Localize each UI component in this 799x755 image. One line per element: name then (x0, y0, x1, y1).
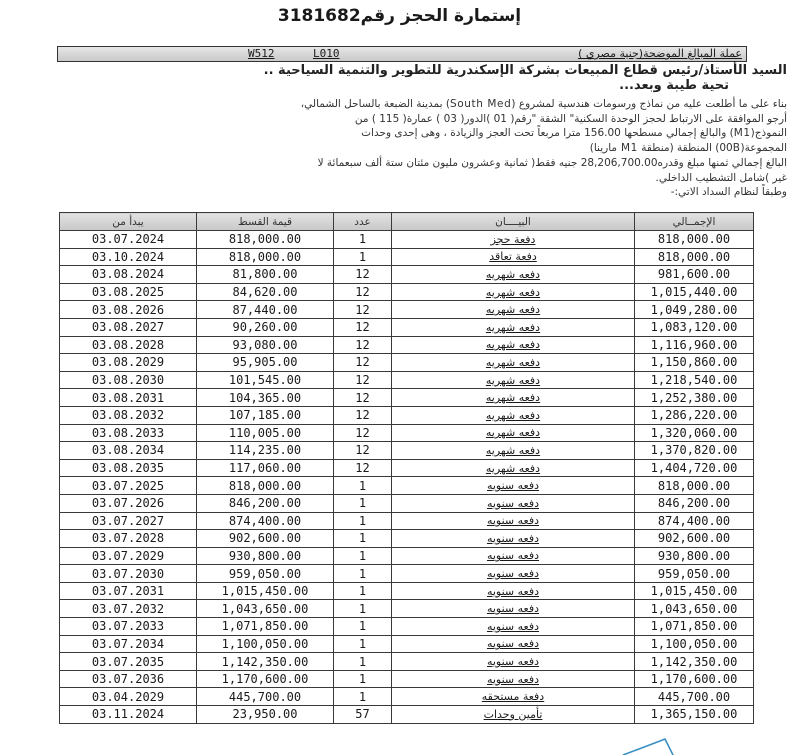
table-row: 03.07.20321,043,650.001دفعه سنويه1,043,6… (60, 600, 754, 618)
cell-description: دفعه سنويه (392, 547, 635, 565)
form-title: إستمارة الحجز رقم3181682 (0, 6, 799, 26)
table-row: 03.08.2034114,235.0012دفعه شهريه1,370,82… (60, 442, 754, 460)
cell-description: دفعه سنويه (392, 618, 635, 636)
cell-description: دفعه شهريه (392, 406, 635, 424)
cell-installment: 818,000.00 (197, 231, 334, 249)
cell-description: دفعه سنويه (392, 600, 635, 618)
table-row: 03.07.2024818,000.001دفعة حجز818,000.00 (60, 231, 754, 249)
cell-total: 818,000.00 (635, 231, 754, 249)
cell-description: دفعه شهريه (392, 424, 635, 442)
table-row: 03.08.202584,620.0012دفعه شهريه1,015,440… (60, 283, 754, 301)
cell-total: 1,015,450.00 (635, 582, 754, 600)
cell-installment: 95,905.00 (197, 354, 334, 372)
cell-total: 1,365,150.00 (635, 706, 754, 724)
cell-start-date: 03.11.2024 (60, 706, 197, 724)
cell-count: 1 (334, 565, 392, 583)
cell-total: 1,100,050.00 (635, 635, 754, 653)
table-row: 03.07.2030959,050.001دفعه سنويه959,050.0… (60, 565, 754, 583)
cell-total: 902,600.00 (635, 530, 754, 548)
table-row: 03.07.20331,071,850.001دفعه سنويه1,071,8… (60, 618, 754, 636)
cell-description: دفعه شهريه (392, 283, 635, 301)
cell-start-date: 03.08.2024 (60, 266, 197, 284)
cell-count: 12 (334, 459, 392, 477)
cell-description: دفعه سنويه (392, 635, 635, 653)
cell-start-date: 03.07.2034 (60, 635, 197, 653)
cell-start-date: 03.07.2036 (60, 670, 197, 688)
cell-count: 1 (334, 248, 392, 266)
cell-count: 12 (334, 371, 392, 389)
currency-label: عملة المبالغ الموضحة(جنية مصري ) (578, 47, 742, 61)
cell-start-date: 03.08.2025 (60, 283, 197, 301)
table-row: 03.08.2033110,005.0012دفعه شهريه1,320,06… (60, 424, 754, 442)
greeting-line: تحية طيبة وبعد... (619, 78, 729, 93)
table-row: 03.07.20311,015,450.001دفعه سنويه1,015,4… (60, 582, 754, 600)
cell-count: 1 (334, 547, 392, 565)
cell-count: 1 (334, 530, 392, 548)
cell-installment: 104,365.00 (197, 389, 334, 407)
body-line: أرجو الموافقة على الارتباط لحجز الوحدة ا… (355, 113, 787, 125)
cell-total: 1,320,060.00 (635, 424, 754, 442)
cell-installment: 114,235.00 (197, 442, 334, 460)
table-header-row: يبدأ من قيمة القسط عدد البيــــان الإجمـ… (60, 213, 754, 231)
addressee-line: السيد الأستاذ/رئيس قطاع المبيعات بشركة ا… (264, 63, 787, 78)
cell-total: 959,050.00 (635, 565, 754, 583)
cell-description: دفعة تعاقد (392, 248, 635, 266)
cell-total: 1,049,280.00 (635, 301, 754, 319)
cell-installment: 1,043,650.00 (197, 600, 334, 618)
cell-start-date: 03.10.2024 (60, 248, 197, 266)
header-installment-value: قيمة القسط (197, 213, 334, 231)
cell-start-date: 03.07.2031 (60, 582, 197, 600)
cell-description: دفعه شهريه (392, 371, 635, 389)
cell-installment: 818,000.00 (197, 477, 334, 495)
cell-start-date: 03.07.2030 (60, 565, 197, 583)
cell-description: دفعة مستحقه (392, 688, 635, 706)
cell-total: 1,218,540.00 (635, 371, 754, 389)
table-row: 03.08.2031104,365.0012دفعه شهريه1,252,38… (60, 389, 754, 407)
cell-total: 1,142,350.00 (635, 653, 754, 671)
table-row: 03.04.2029445,700.001دفعة مستحقه445,700.… (60, 688, 754, 706)
cell-description: دفعه شهريه (392, 318, 635, 336)
cell-installment: 93,080.00 (197, 336, 334, 354)
table-row: 03.10.2024818,000.001دفعة تعاقد818,000.0… (60, 248, 754, 266)
currency-code-2: L010 (313, 47, 340, 61)
cell-total: 1,170,600.00 (635, 670, 754, 688)
cell-description: دفعه سنويه (392, 512, 635, 530)
cell-installment: 1,170,600.00 (197, 670, 334, 688)
cell-description: دفعه سنويه (392, 494, 635, 512)
table-row: 03.07.2027874,400.001دفعه سنويه874,400.0… (60, 512, 754, 530)
cell-description: دفعة حجز (392, 231, 635, 249)
cell-description: دفعه سنويه (392, 477, 635, 495)
header-total: الإجمــالي (635, 213, 754, 231)
cell-description: دفعه سنويه (392, 582, 635, 600)
table-row: 03.07.20351,142,350.001دفعه سنويه1,142,3… (60, 653, 754, 671)
cell-count: 12 (334, 336, 392, 354)
table-row: 03.08.2032107,185.0012دفعه شهريه1,286,22… (60, 406, 754, 424)
cell-installment: 87,440.00 (197, 301, 334, 319)
header-description: البيــــان (392, 213, 635, 231)
table-row: 03.08.202687,440.0012دفعه شهريه1,049,280… (60, 301, 754, 319)
cell-count: 12 (334, 318, 392, 336)
cell-installment: 874,400.00 (197, 512, 334, 530)
cell-description: دفعه شهريه (392, 266, 635, 284)
body-line: غير )شامل التشطيب الداخلي. (656, 172, 787, 184)
cell-total: 1,370,820.00 (635, 442, 754, 460)
cell-start-date: 03.08.2029 (60, 354, 197, 372)
cell-count: 12 (334, 389, 392, 407)
cell-total: 1,043,650.00 (635, 600, 754, 618)
cell-total: 846,200.00 (635, 494, 754, 512)
cell-count: 1 (334, 600, 392, 618)
cell-start-date: 03.08.2031 (60, 389, 197, 407)
cell-start-date: 03.07.2024 (60, 231, 197, 249)
table-row: 03.08.2030101,545.0012دفعه شهريه1,218,54… (60, 371, 754, 389)
cell-count: 1 (334, 582, 392, 600)
cell-total: 1,286,220.00 (635, 406, 754, 424)
table-row: 03.08.202893,080.0012دفعه شهريه1,116,960… (60, 336, 754, 354)
cell-total: 1,404,720.00 (635, 459, 754, 477)
cell-count: 12 (334, 301, 392, 319)
cell-installment: 1,100,050.00 (197, 635, 334, 653)
body-line: وطبقاً لنظام السداد الاتي:- (671, 186, 787, 198)
header-start-date: يبدأ من (60, 213, 197, 231)
cell-count: 57 (334, 706, 392, 724)
body-line: المجموعة(00B) المنطقة (منطقة M1 مارينا) (590, 142, 787, 154)
cell-count: 1 (334, 618, 392, 636)
cell-total: 1,116,960.00 (635, 336, 754, 354)
table-row: 03.07.2025818,000.001دفعه سنويه818,000.0… (60, 477, 754, 495)
table-row: 03.07.20341,100,050.001دفعه سنويه1,100,0… (60, 635, 754, 653)
cell-count: 12 (334, 424, 392, 442)
cell-description: تأمين وحدات (392, 706, 635, 724)
cell-start-date: 03.07.2033 (60, 618, 197, 636)
cell-start-date: 03.07.2025 (60, 477, 197, 495)
table-row: 03.08.202790,260.0012دفعه شهريه1,083,120… (60, 318, 754, 336)
cell-start-date: 03.08.2032 (60, 406, 197, 424)
cell-description: دفعه سنويه (392, 565, 635, 583)
header-count: عدد (334, 213, 392, 231)
cell-start-date: 03.08.2027 (60, 318, 197, 336)
cell-description: دفعه سنويه (392, 670, 635, 688)
cell-total: 818,000.00 (635, 248, 754, 266)
cell-total: 1,015,440.00 (635, 283, 754, 301)
cell-installment: 818,000.00 (197, 248, 334, 266)
table-row: 03.07.20361,170,600.001دفعه سنويه1,170,6… (60, 670, 754, 688)
cell-start-date: 03.07.2032 (60, 600, 197, 618)
cell-installment: 1,142,350.00 (197, 653, 334, 671)
cell-installment: 84,620.00 (197, 283, 334, 301)
cell-count: 12 (334, 283, 392, 301)
table-row: 03.07.2029930,800.001دفعه سنويه930,800.0… (60, 547, 754, 565)
cell-total: 1,150,860.00 (635, 354, 754, 372)
cell-total: 1,252,380.00 (635, 389, 754, 407)
cell-installment: 107,185.00 (197, 406, 334, 424)
cell-count: 12 (334, 354, 392, 372)
cell-installment: 1,071,850.00 (197, 618, 334, 636)
table-row: 03.08.202481,800.0012دفعه شهريه981,600.0… (60, 266, 754, 284)
body-line: بناء على ما أطلعت عليه من نماذج ورسومات … (301, 98, 787, 110)
pen-mark-icon (615, 735, 715, 755)
cell-description: دفعه سنويه (392, 653, 635, 671)
cell-count: 12 (334, 266, 392, 284)
cell-count: 12 (334, 406, 392, 424)
cell-start-date: 03.07.2028 (60, 530, 197, 548)
cell-count: 1 (334, 688, 392, 706)
cell-description: دفعه شهريه (392, 301, 635, 319)
cell-installment: 110,005.00 (197, 424, 334, 442)
cell-installment: 90,260.00 (197, 318, 334, 336)
cell-total: 445,700.00 (635, 688, 754, 706)
cell-start-date: 03.07.2029 (60, 547, 197, 565)
body-line: النموذج(M1) والبالغ إجمالي مسطحها 156.00… (361, 127, 787, 139)
payment-schedule-table: يبدأ من قيمة القسط عدد البيــــان الإجمـ… (59, 212, 754, 724)
cell-installment: 959,050.00 (197, 565, 334, 583)
cell-start-date: 03.08.2035 (60, 459, 197, 477)
cell-count: 12 (334, 442, 392, 460)
cell-total: 981,600.00 (635, 266, 754, 284)
cell-start-date: 03.04.2029 (60, 688, 197, 706)
cell-total: 930,800.00 (635, 547, 754, 565)
cell-description: دفعه شهريه (392, 354, 635, 372)
currency-code-1: W512 (248, 47, 275, 61)
cell-total: 1,083,120.00 (635, 318, 754, 336)
cell-start-date: 03.08.2033 (60, 424, 197, 442)
cell-installment: 930,800.00 (197, 547, 334, 565)
cell-installment: 81,800.00 (197, 266, 334, 284)
table-row: 03.08.2035117,060.0012دفعه شهريه1,404,72… (60, 459, 754, 477)
currency-bar: عملة المبالغ الموضحة(جنية مصري ) W512 L0… (57, 46, 747, 62)
cell-start-date: 03.07.2027 (60, 512, 197, 530)
cell-installment: 101,545.00 (197, 371, 334, 389)
cell-count: 1 (334, 494, 392, 512)
cell-count: 1 (334, 635, 392, 653)
cell-start-date: 03.08.2028 (60, 336, 197, 354)
cell-start-date: 03.08.2026 (60, 301, 197, 319)
cell-installment: 846,200.00 (197, 494, 334, 512)
cell-total: 818,000.00 (635, 477, 754, 495)
table-row: 03.08.202995,905.0012دفعه شهريه1,150,860… (60, 354, 754, 372)
cell-count: 1 (334, 231, 392, 249)
cell-description: دفعه شهريه (392, 442, 635, 460)
cell-start-date: 03.07.2035 (60, 653, 197, 671)
cell-description: دفعه شهريه (392, 459, 635, 477)
cell-start-date: 03.08.2034 (60, 442, 197, 460)
cell-count: 1 (334, 670, 392, 688)
cell-installment: 902,600.00 (197, 530, 334, 548)
cell-description: دفعه شهريه (392, 336, 635, 354)
cell-start-date: 03.07.2026 (60, 494, 197, 512)
table-row: 03.07.2026846,200.001دفعه سنويه846,200.0… (60, 494, 754, 512)
cell-installment: 445,700.00 (197, 688, 334, 706)
cell-count: 1 (334, 512, 392, 530)
cell-installment: 1,015,450.00 (197, 582, 334, 600)
cell-description: دفعه شهريه (392, 389, 635, 407)
table-row: 03.07.2028902,600.001دفعه سنويه902,600.0… (60, 530, 754, 548)
cell-installment: 23,950.00 (197, 706, 334, 724)
cell-total: 874,400.00 (635, 512, 754, 530)
cell-count: 1 (334, 653, 392, 671)
body-line: البالغ إجمالي ثمنها مبلغ وقدره28,206,700… (318, 157, 787, 169)
table-row: 03.11.202423,950.0057تأمين وحدات1,365,15… (60, 706, 754, 724)
cell-installment: 117,060.00 (197, 459, 334, 477)
cell-description: دفعه سنويه (392, 530, 635, 548)
cell-count: 1 (334, 477, 392, 495)
cell-total: 1,071,850.00 (635, 618, 754, 636)
cell-start-date: 03.08.2030 (60, 371, 197, 389)
table-body: 03.07.2024818,000.001دفعة حجز818,000.000… (60, 231, 754, 724)
